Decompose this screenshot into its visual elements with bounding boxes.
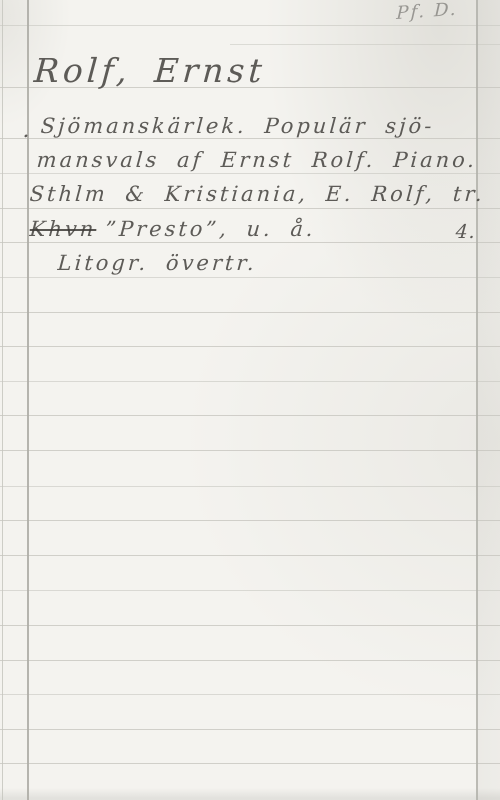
shelf-mark: Pf. D.	[396, 1, 458, 23]
ruled-line	[0, 242, 500, 243]
imprint-line-1: Sthlm & Kristiania, E. Rolf, tr.	[29, 184, 486, 205]
ruled-line	[0, 694, 500, 695]
title-line-2: mansvals af Ernst Rolf. Piano.	[36, 150, 478, 171]
ruled-line	[0, 381, 500, 382]
struck-place-name: Khvn	[29, 217, 97, 241]
ruled-line	[0, 555, 500, 556]
ruled-line	[0, 25, 500, 26]
ruled-line	[0, 312, 500, 313]
right-margin-rule	[476, 0, 478, 800]
imprint-line-2: Khvn”Presto”, u. å.	[29, 219, 316, 240]
ruled-line	[0, 763, 500, 764]
ruled-line	[0, 450, 500, 451]
plate-number: 4.	[455, 223, 476, 242]
ruled-line	[0, 173, 500, 174]
note-line: Litogr. övertr.	[57, 253, 258, 274]
ruled-line	[0, 208, 500, 209]
page-edge-line	[2, 0, 3, 800]
ruled-line	[0, 415, 500, 416]
ruled-line	[0, 346, 500, 347]
ruled-line-partial	[230, 44, 500, 45]
imprint-publisher-year: ”Presto”, u. å.	[105, 217, 317, 241]
ruled-line	[0, 486, 500, 487]
title-line-1: Sjömanskärlek. Populär sjö-	[40, 116, 435, 137]
ruled-line	[0, 277, 500, 278]
catalog-card-page: Pf. D. Rolf, Ernst . Sjömanskärlek. Popu…	[0, 0, 500, 800]
ruled-line	[0, 625, 500, 626]
ruled-line	[0, 590, 500, 591]
ruled-line	[0, 138, 500, 139]
ruled-line	[0, 520, 500, 521]
ruled-line	[0, 729, 500, 730]
author-heading: Rolf, Ernst	[33, 54, 267, 87]
ruled-line	[0, 660, 500, 661]
